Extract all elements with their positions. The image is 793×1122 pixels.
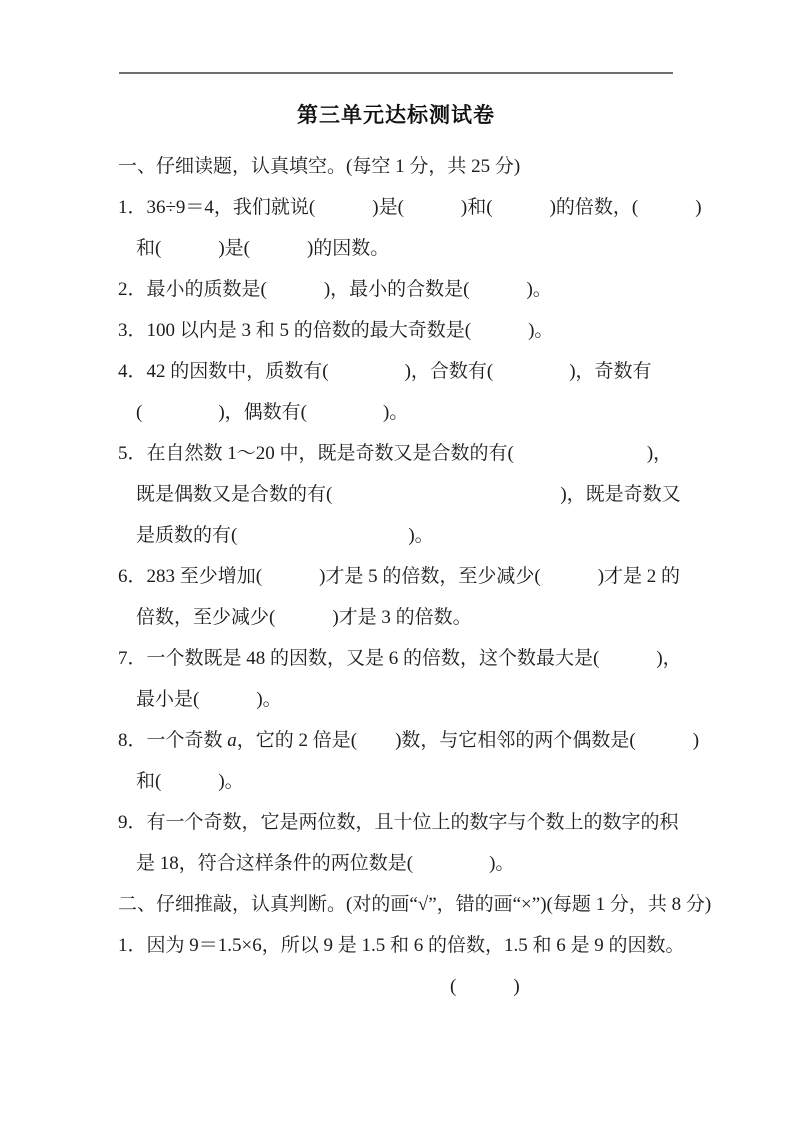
- q9-line1: 9．有一个奇数，它是两位数，且十位上的数字与个数上的数字的积: [118, 802, 708, 843]
- q6-line1: 6．283 至少增加( )才是 5 的倍数，至少减少( )才是 2 的: [118, 556, 708, 597]
- q5-line1: 5．在自然数 1～20 中，既是奇数又是合数的有( )，: [118, 433, 708, 474]
- q8-text-suffix: ，它的 2 倍是( )数，与它相邻的两个偶数是( ): [237, 730, 699, 751]
- q5-line3: 是质数的有( )。: [118, 515, 708, 556]
- paper-body: 一、仔细读题，认真填空。(每空 1 分，共 25 分) 1．36÷9＝4，我们就…: [118, 146, 708, 1007]
- test-paper-page: 第三单元达标测试卷 一、仔细读题，认真填空。(每空 1 分，共 25 分) 1．…: [0, 0, 793, 1122]
- variable-a: a: [227, 730, 237, 751]
- q4-line2: ( )，偶数有( )。: [118, 392, 708, 433]
- page-title: 第三单元达标测试卷: [119, 101, 673, 129]
- judge-q1-answer-blank: ( ): [118, 966, 708, 1007]
- judge-q1-line: 1．因为 9＝1.5×6，所以 9 是 1.5 和 6 的倍数，1.5 和 6 …: [118, 925, 708, 966]
- q1-line2: 和( )是( )的因数。: [118, 228, 708, 269]
- header-divider-rule: [119, 72, 673, 74]
- q7-line2: 最小是( )。: [118, 679, 708, 720]
- q2-line: 2．最小的质数是( )，最小的合数是( )。: [118, 269, 708, 310]
- q4-line1: 4．42 的因数中，质数有( )，合数有( )，奇数有: [118, 351, 708, 392]
- q7-line1: 7．一个数既是 48 的因数，又是 6 的倍数，这个数最大是( )，: [118, 638, 708, 679]
- section1-heading: 一、仔细读题，认真填空。(每空 1 分，共 25 分): [118, 146, 708, 187]
- q8-line1: 8．一个奇数 a，它的 2 倍是( )数，与它相邻的两个偶数是( ): [118, 720, 708, 761]
- q8-line2: 和( )。: [118, 761, 708, 802]
- section2-heading: 二、仔细推敲，认真判断。(对的画“√”，错的画“×”)(每题 1 分，共 8 分…: [118, 884, 708, 925]
- q3-line: 3．100 以内是 3 和 5 的倍数的最大奇数是( )。: [118, 310, 708, 351]
- q9-line2: 是 18，符合这样条件的两位数是( )。: [118, 843, 708, 884]
- q8-text-prefix: 8．一个奇数: [118, 730, 227, 751]
- q6-line2: 倍数，至少减少( )才是 3 的倍数。: [118, 597, 708, 638]
- q5-line2: 既是偶数又是合数的有( )，既是奇数又: [118, 474, 708, 515]
- q1-line1: 1．36÷9＝4，我们就说( )是( )和( )的倍数，( ): [118, 187, 708, 228]
